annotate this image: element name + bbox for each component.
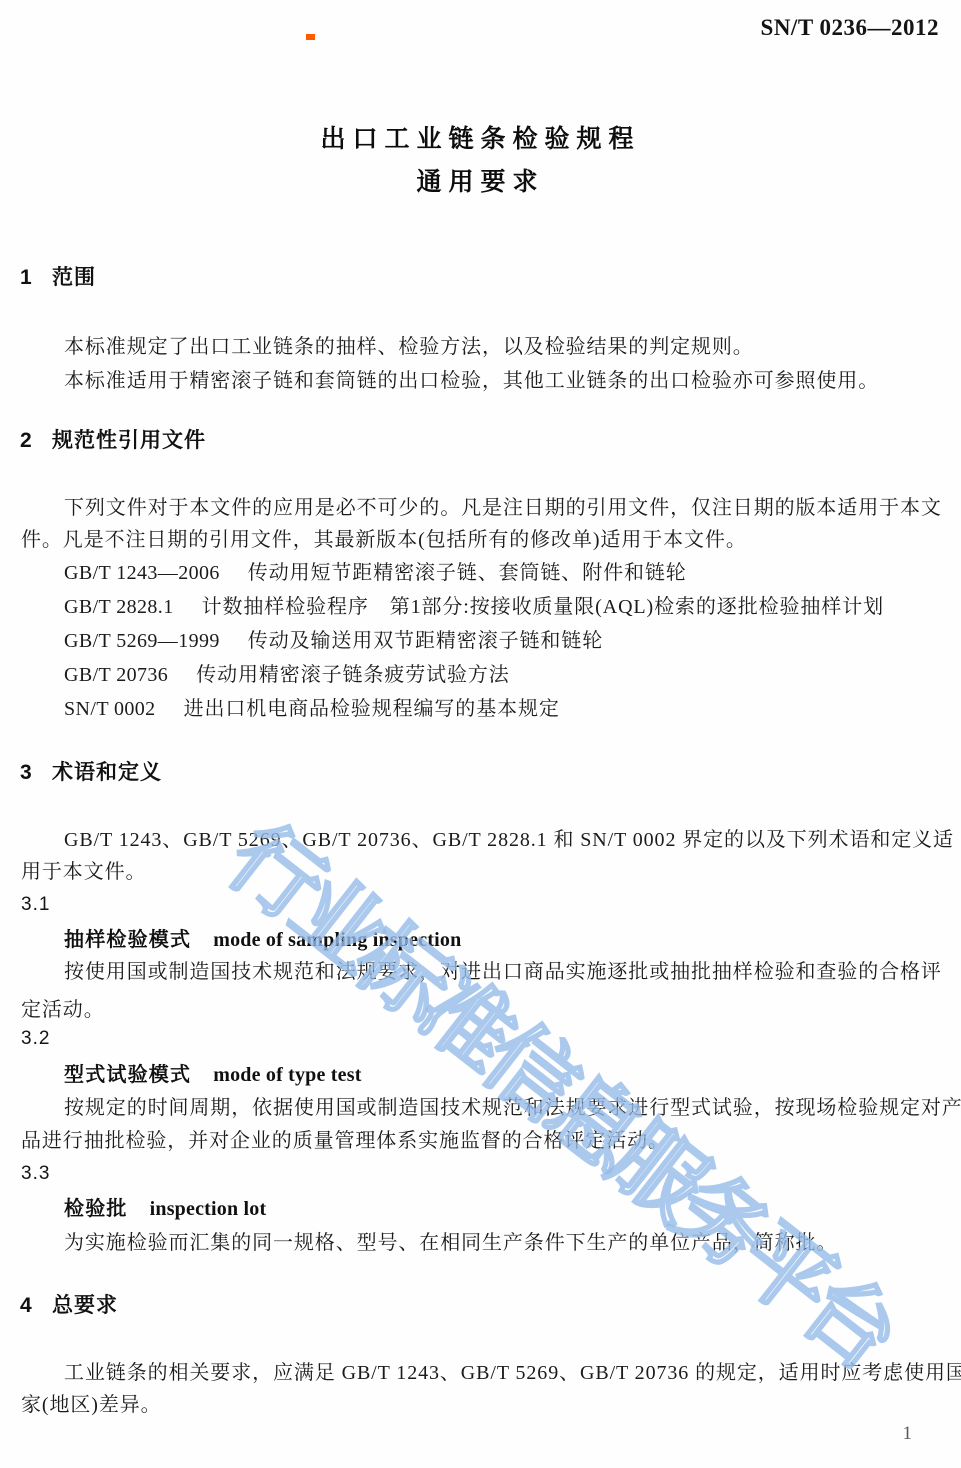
clause-number: 3.2: [21, 1027, 50, 1051]
paragraph-line: 工业链条的相关要求，应满足 GB/T 1243、GB/T 5269、GB/T 2…: [21, 1358, 961, 1388]
section-label: 总要求: [52, 1294, 118, 1317]
term-en: mode of type test: [213, 1064, 361, 1086]
standard-code: SN/T 0236—2012: [761, 15, 939, 41]
paragraph-line: 件。凡是不注日期的引用文件，其最新版本(包括所有的修改单)适用于本文件。: [21, 525, 940, 555]
paragraph-line: 家(地区)差异。: [21, 1390, 940, 1420]
section-number: 3: [20, 760, 52, 786]
section-heading-scope: 1范围: [20, 265, 96, 291]
paragraph-line: GB/T 1243、GB/T 5269、GB/T 20736、GB/T 2828…: [21, 825, 961, 855]
orange-scan-mark: [306, 34, 315, 40]
term-definition-line: 按使用国或制造国技术规范和法规要求，对进出口商品实施逐批或抽批抽样检验和查验的合…: [21, 957, 961, 987]
term-en: mode of sampling inspection: [213, 929, 461, 951]
term-head: 抽样检验模式mode of sampling inspection: [21, 925, 961, 955]
term-en: inspection lot: [150, 1198, 267, 1220]
document-title-line1: 出口工业链条检验规程: [0, 120, 961, 158]
term-zh: 检验批: [64, 1198, 128, 1220]
term-head: 检验批inspection lot: [21, 1194, 961, 1224]
reference-code: GB/T 1243—2006: [64, 562, 220, 584]
term-zh: 抽样检验模式: [64, 929, 191, 951]
paragraph-line: 本标准适用于精密滚子链和套筒链的出口检验，其他工业链条的出口检验亦可参照使用。: [21, 366, 961, 396]
normative-reference: GB/T 2828.1计数抽样检验程序 第1部分:按接收质量限(AQL)检索的逐…: [21, 592, 961, 622]
reference-title: 传动及输送用双节距精密滚子链和链轮: [248, 630, 603, 652]
page-number: 1: [903, 1423, 913, 1445]
normative-reference: GB/T 5269—1999传动及输送用双节距精密滚子链和链轮: [21, 626, 961, 656]
section-number: 4: [20, 1293, 52, 1319]
section-heading-general: 4总要求: [20, 1293, 118, 1319]
normative-reference: SN/T 0002进出口机电商品检验规程编写的基本规定: [21, 694, 961, 724]
term-zh: 型式试验模式: [64, 1064, 191, 1086]
reference-code: GB/T 20736: [64, 664, 168, 686]
document-page: 行业标准信息服务平台 SN/T 0236—2012 出口工业链条检验规程 通用要…: [0, 0, 961, 1468]
reference-title: 传动用短节距精密滚子链、套筒链、附件和链轮: [248, 562, 687, 584]
term-head: 型式试验模式mode of type test: [21, 1060, 961, 1090]
normative-reference: GB/T 20736传动用精密滚子链条疲劳试验方法: [21, 660, 961, 690]
paragraph-line: 本标准规定了出口工业链条的抽样、检验方法，以及检验结果的判定规则。: [21, 332, 961, 362]
section-label: 术语和定义: [52, 761, 162, 784]
section-number: 2: [20, 428, 52, 454]
clause-number: 3.1: [21, 893, 50, 917]
reference-code: GB/T 5269—1999: [64, 630, 220, 652]
paragraph-line: 用于本文件。: [21, 857, 940, 887]
clause-number: 3.3: [21, 1162, 50, 1186]
term-definition-line: 为实施检验而汇集的同一规格、型号、在相同生产条件下生产的单位产品，简称批。: [21, 1228, 961, 1258]
reference-title: 传动用精密滚子链条疲劳试验方法: [196, 664, 510, 686]
paragraph-line: 下列文件对于本文件的应用是必不可少的。凡是注日期的引用文件，仅注日期的版本适用于…: [21, 493, 961, 523]
normative-reference: GB/T 1243—2006传动用短节距精密滚子链、套筒链、附件和链轮: [21, 558, 961, 588]
reference-title: 计数抽样检验程序 第1部分:按接收质量限(AQL)检索的逐批检验抽样计划: [202, 596, 884, 618]
term-definition-line: 按规定的时间周期，依据使用国或制造国技术规范和法规要求进行型式试验，按现场检验规…: [21, 1093, 961, 1123]
reference-code: SN/T 0002: [64, 698, 156, 720]
term-definition-line: 品进行抽批检验，并对企业的质量管理体系实施监督的合格评定活动。: [21, 1126, 940, 1156]
section-label: 范围: [52, 266, 96, 289]
section-heading-normative-refs: 2规范性引用文件: [20, 428, 206, 454]
term-definition-line: 定活动。: [21, 995, 940, 1025]
document-title-line2: 通用要求: [0, 163, 961, 201]
reference-code: GB/T 2828.1: [64, 596, 174, 618]
reference-title: 进出口机电商品检验规程编写的基本规定: [184, 698, 560, 720]
section-number: 1: [20, 265, 52, 291]
section-heading-terms: 3术语和定义: [20, 760, 162, 786]
section-label: 规范性引用文件: [52, 429, 206, 452]
